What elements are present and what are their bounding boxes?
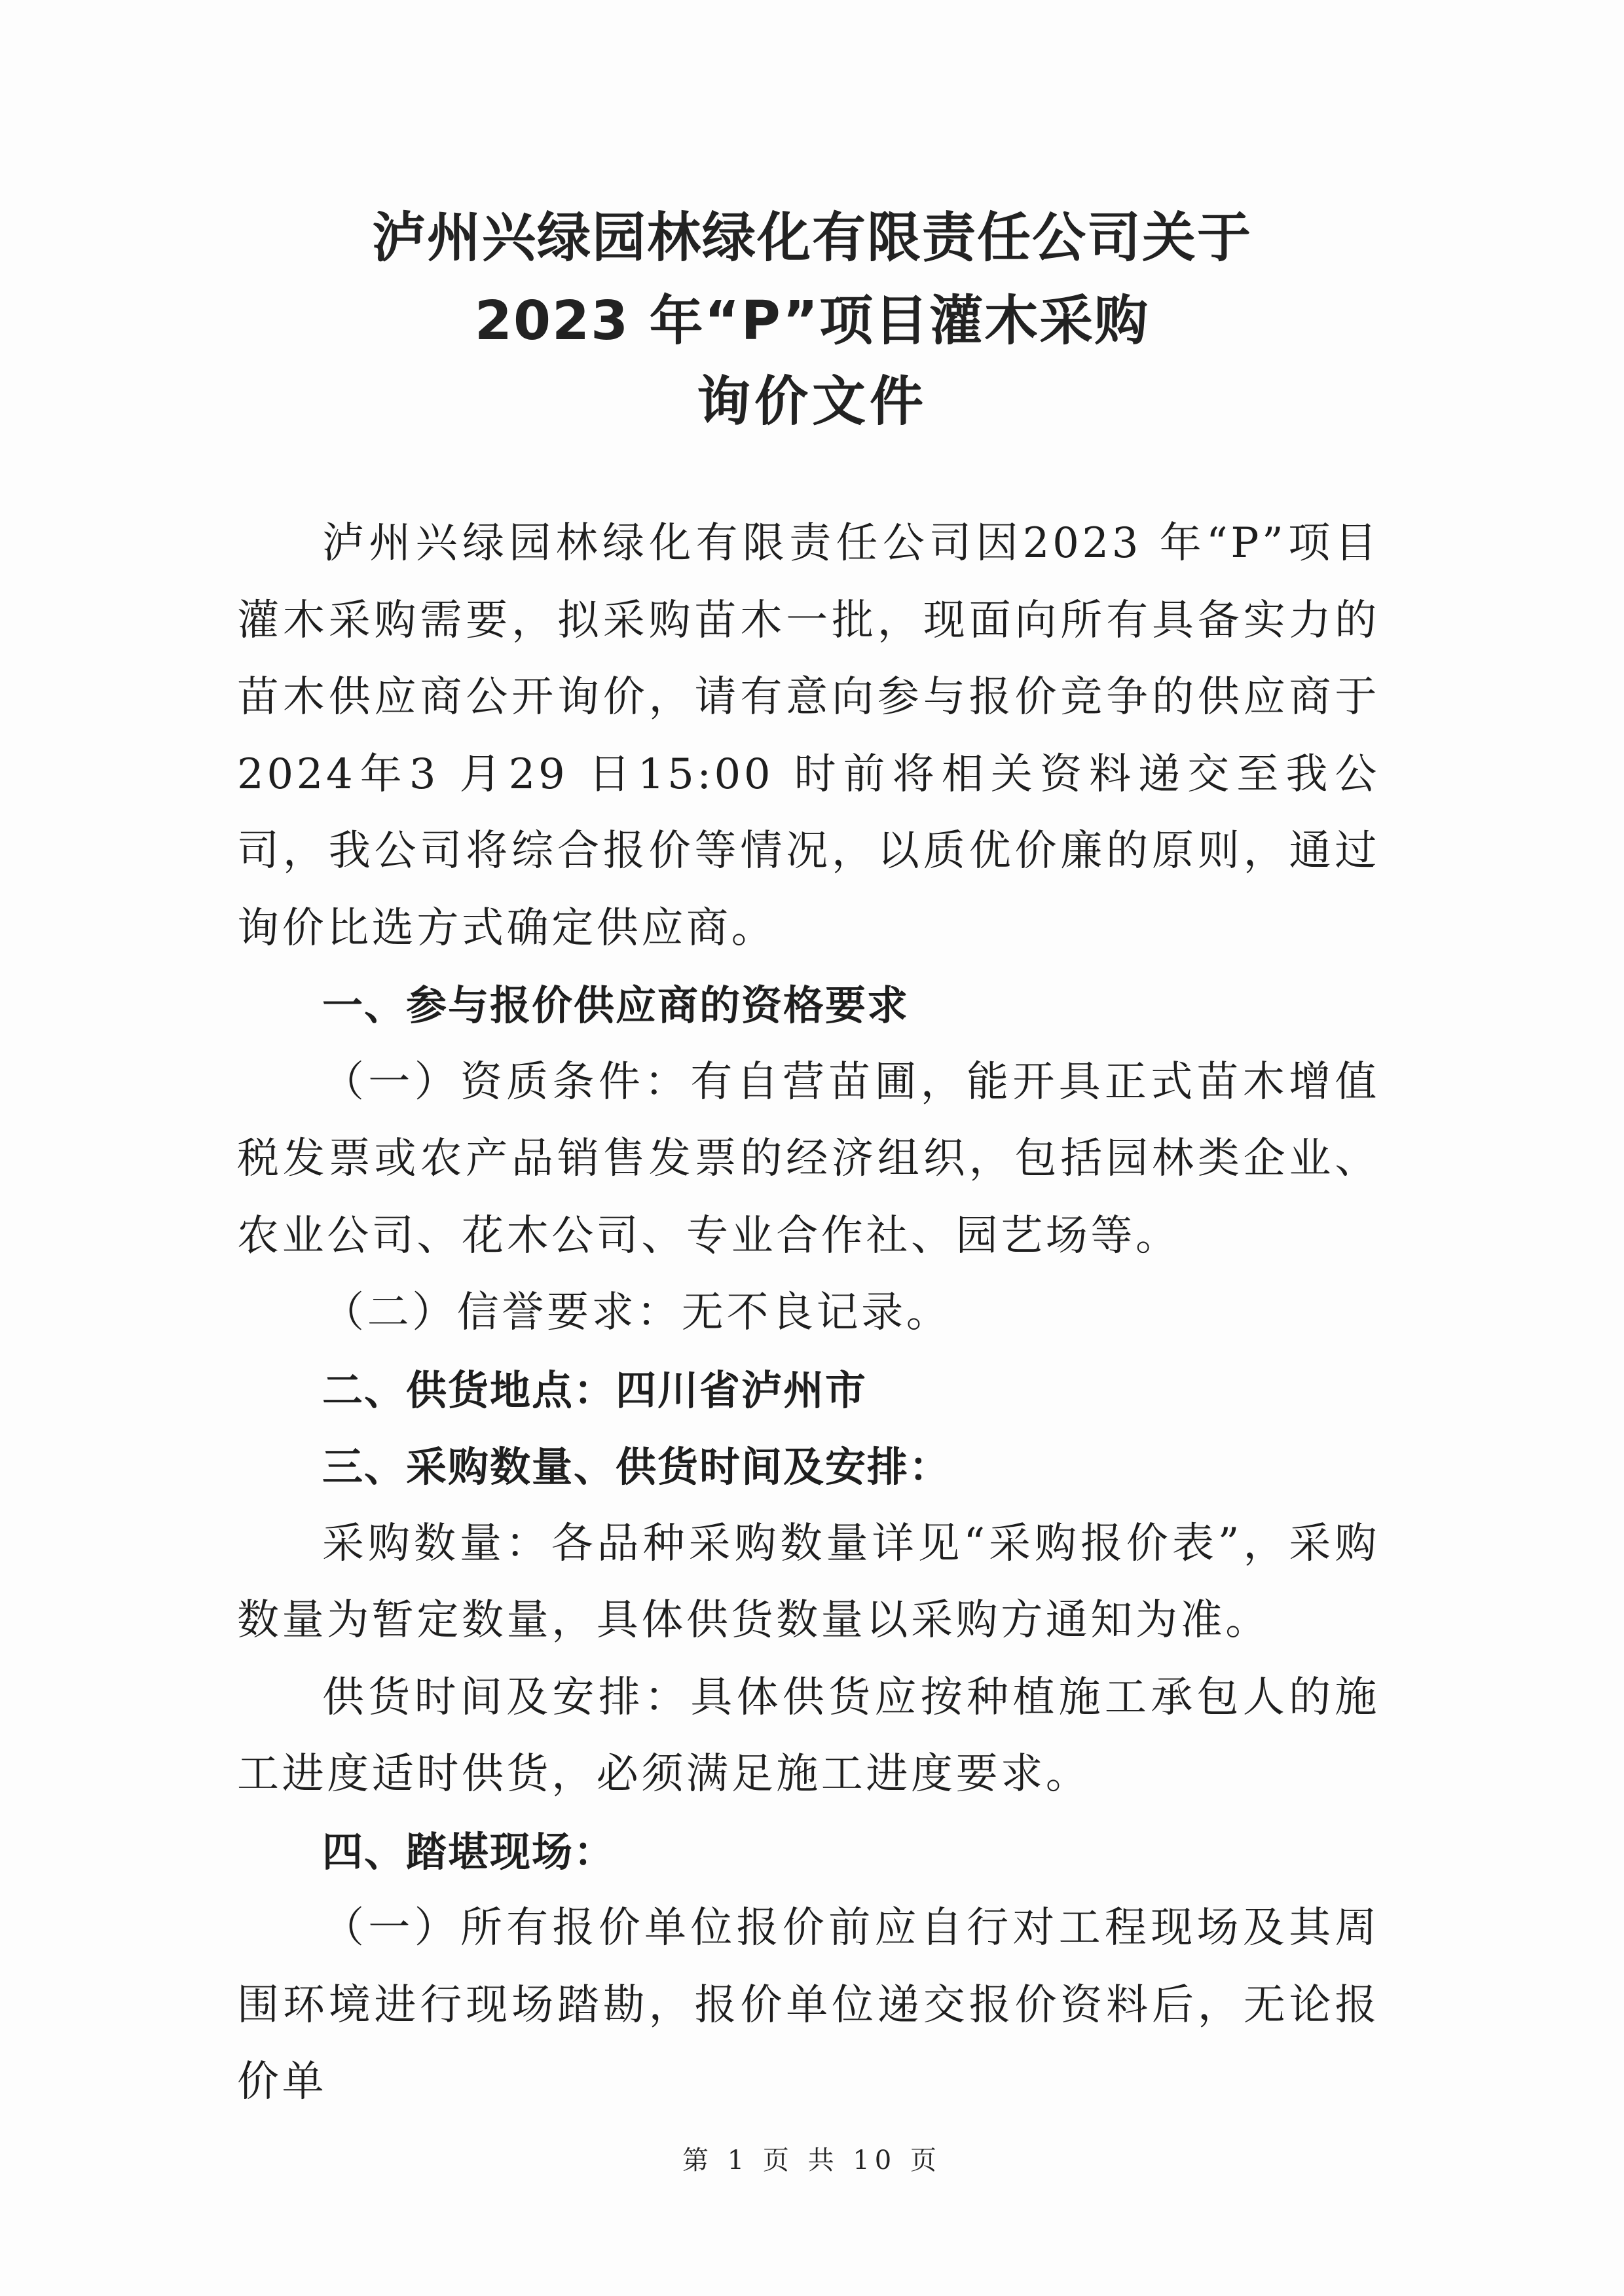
- section-heading-qualifications: 一、参与报价供应商的资格要求: [237, 967, 1380, 1044]
- document-title-line-3: 询价文件: [0, 359, 1624, 435]
- section-heading-quantity-schedule: 三、采购数量、供货时间及安排：: [237, 1429, 1380, 1506]
- document-body: 泸州兴绿园林绿化有限责任公司因2023 年“P”项目灌木采购需要，拟采购苗木一批…: [237, 505, 1380, 2121]
- document-title-line-1: 泸州兴绿园林绿化有限责任公司关于: [0, 195, 1624, 272]
- document-title-line-2: 2023 年“P”项目灌木采购: [0, 278, 1624, 355]
- paragraph-site-survey: （一）所有报价单位报价前应自行对工程现场及其周围环境进行现场踏勘，报价单位递交报…: [237, 1890, 1380, 2121]
- section-heading-site-survey: 四、踏堪现场：: [237, 1813, 1380, 1891]
- document-page: 泸州兴绿园林绿化有限责任公司关于 2023 年“P”项目灌木采购 询价文件 泸州…: [0, 0, 1624, 2296]
- section-heading-delivery-location: 二、供货地点：四川省泸州市: [237, 1352, 1380, 1429]
- paragraph-qualification-conditions: （一）资质条件：有自营苗圃，能开具正式苗木增值税发票或农产品销售发票的经济组织，…: [237, 1044, 1380, 1275]
- paragraph-purchase-quantity: 采购数量：各品种采购数量详见“采购报价表”，采购数量为暂定数量，具体供货数量以采…: [237, 1506, 1380, 1660]
- page-number-footer: 第 1 页 共 10 页: [0, 2140, 1624, 2177]
- paragraph-delivery-schedule: 供货时间及安排：具体供货应按种植施工承包人的施工进度适时供货，必须满足施工进度要…: [237, 1660, 1380, 1813]
- intro-paragraph: 泸州兴绿园林绿化有限责任公司因2023 年“P”项目灌木采购需要，拟采购苗木一批…: [237, 505, 1380, 967]
- paragraph-credit-requirements: （二）信誉要求：无不良记录。: [237, 1275, 1380, 1352]
